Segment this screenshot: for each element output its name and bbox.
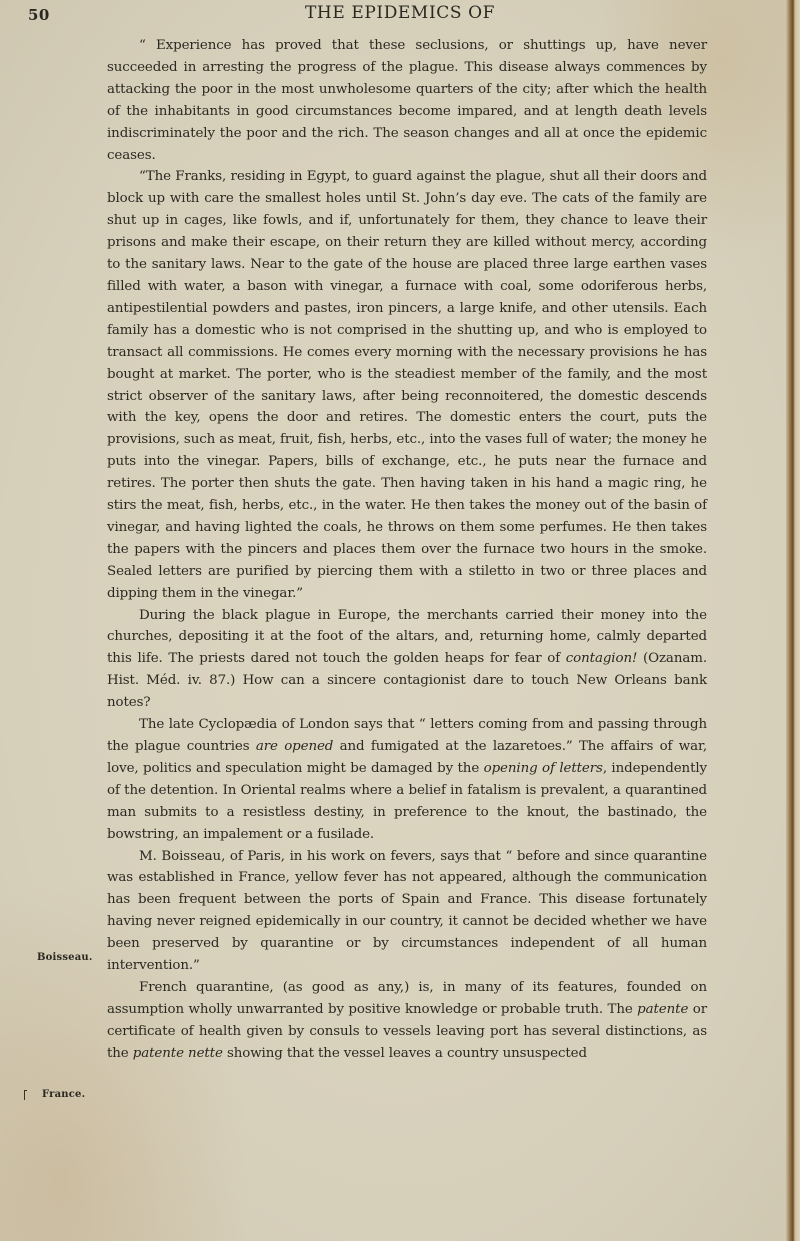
italic-run: patente nette (133, 1046, 223, 1061)
paragraph-experience: “ Experience has proved that these seclu… (107, 35, 707, 166)
paragraph-black-plague: During the black plague in Europe, the m… (107, 605, 707, 715)
text-run: “ Experience has proved that these seclu… (107, 38, 707, 163)
paragraph-french-quarantine: French quarantine, (as good as any,) is,… (107, 977, 707, 1065)
italic-run: opening of letters (484, 761, 603, 776)
page-fold-edge (786, 0, 800, 1241)
text-run: “The Franks, residing in Egypt, to guard… (107, 169, 707, 600)
marginal-note-boisseau: Boisseau. (37, 952, 93, 963)
italic-run: patente (637, 1002, 688, 1017)
marginal-note-france: France. (42, 1089, 85, 1100)
text-run: French quarantine, (as good as any,) is,… (107, 980, 707, 1017)
body-text: “ Experience has proved that these seclu… (107, 35, 707, 1065)
paragraph-cyclopaedia: The late Cyclopædia of London says that … (107, 714, 707, 845)
italic-run: contagion! (566, 651, 637, 666)
italic-run: are opened (256, 739, 333, 754)
text-run: M. Boisseau, of Paris, in his work on fe… (107, 849, 707, 974)
running-title: THE EPIDEMICS OF (0, 3, 800, 23)
paragraph-boisseau: M. Boisseau, of Paris, in his work on fe… (107, 846, 707, 977)
text-run: showing that the vessel leaves a country… (223, 1046, 587, 1061)
book-page: 50 THE EPIDEMICS OF Boisseau. France. “ … (0, 0, 800, 1241)
paragraph-franks-egypt: “The Franks, residing in Egypt, to guard… (107, 166, 707, 604)
page-header: 50 THE EPIDEMICS OF (0, 0, 800, 30)
